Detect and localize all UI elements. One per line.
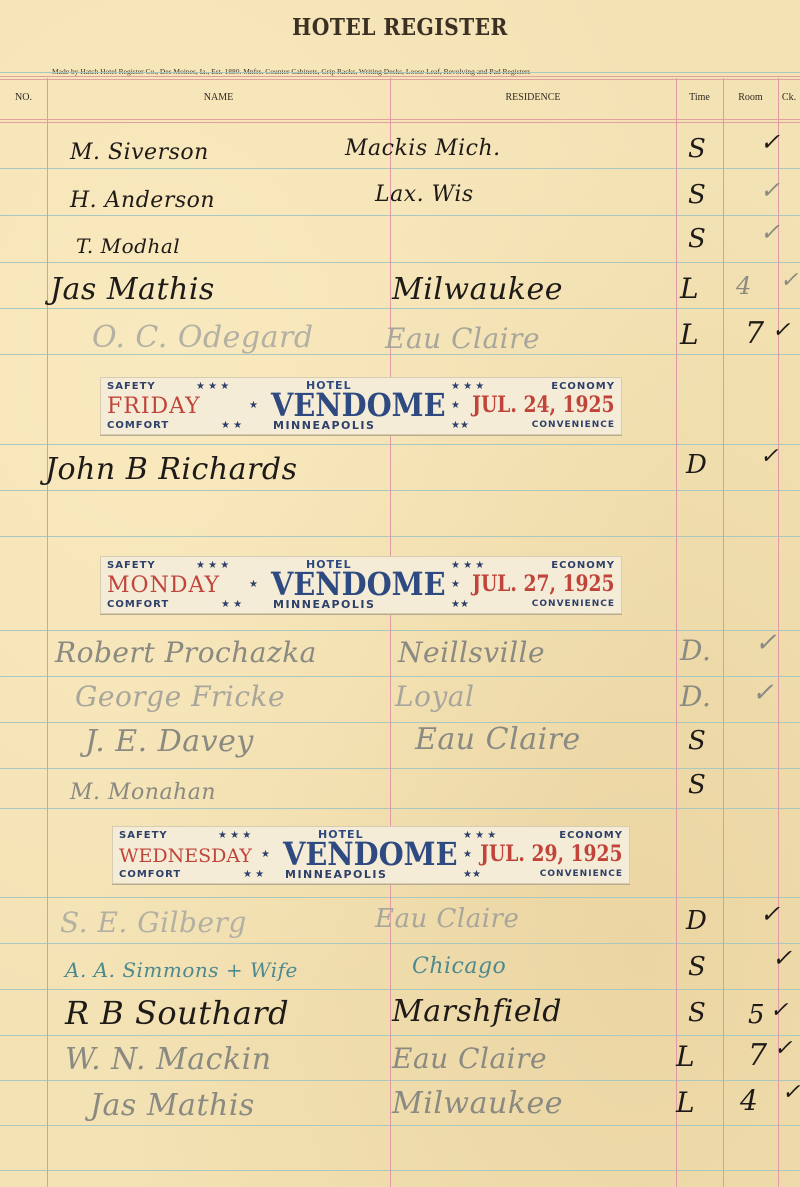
guest-name: J. E. Davey xyxy=(85,724,254,759)
time-code: S xyxy=(688,726,706,756)
rule xyxy=(0,119,800,120)
star-icon: ★ xyxy=(249,579,258,590)
stamp-comfort: COMFORT xyxy=(119,869,181,880)
star-icon: ★★ xyxy=(463,869,481,880)
guest-name: George Fricke xyxy=(75,680,285,713)
rule xyxy=(0,943,800,944)
guest-name: Robert Prochazka xyxy=(55,636,317,669)
guest-name: Jas Mathis xyxy=(50,272,215,307)
check-mark: ✓ xyxy=(760,176,781,204)
check-mark: ✓ xyxy=(755,628,777,658)
check-mark: ✓ xyxy=(760,128,781,156)
guest-residence: Loyal xyxy=(395,680,474,713)
check-mark: ✓ xyxy=(772,944,793,972)
stamp-day: WEDNESDAY xyxy=(119,845,252,867)
date-stamp: SAFETY COMFORT ECONOMY CONVENIENCE ★ ★ ★… xyxy=(100,556,622,614)
star-icon: ★ xyxy=(463,849,472,860)
rule xyxy=(0,72,800,73)
room-number: 7 xyxy=(748,1038,768,1073)
column-header-time: Time xyxy=(676,92,723,103)
time-code: D. xyxy=(680,634,711,667)
page-title: HOTEL REGISTER xyxy=(48,14,752,41)
stamp-date: JUL. 24, 1925 xyxy=(473,392,615,418)
room-number: 4 xyxy=(736,272,752,300)
guest-name: A. A. Simmons + Wife xyxy=(65,958,298,982)
check-mark: ✓ xyxy=(780,268,799,293)
guest-residence: Chicago xyxy=(412,954,506,979)
rule xyxy=(0,897,800,898)
rule xyxy=(0,1170,800,1171)
star-icon: ★ xyxy=(261,849,270,860)
guest-residence: Milwaukee xyxy=(392,1086,563,1121)
stamp-comfort: COMFORT xyxy=(107,420,169,431)
rule xyxy=(0,444,800,445)
guest-residence: Eau Claire xyxy=(415,722,581,757)
time-code: L xyxy=(680,318,699,351)
guest-name: Jas Mathis xyxy=(90,1088,255,1123)
rule xyxy=(0,536,800,537)
stamp-city: MINNEAPOLIS xyxy=(285,868,387,881)
date-stamp: SAFETY COMFORT ECONOMY CONVENIENCE ★ ★ ★… xyxy=(112,826,630,884)
stamp-economy: ECONOMY xyxy=(551,560,615,571)
star-icon: ★ xyxy=(451,579,460,590)
star-icon: ★ ★ ★ xyxy=(218,830,251,841)
time-code: S xyxy=(688,180,706,210)
stamp-safety: SAFETY xyxy=(119,830,168,841)
column-header-room: Room xyxy=(723,92,778,103)
stamp-convenience: CONVENIENCE xyxy=(532,420,615,430)
column-header-ck: Ck. xyxy=(778,92,800,103)
star-icon: ★★ xyxy=(451,599,469,610)
rule xyxy=(0,262,800,263)
stamp-day: MONDAY xyxy=(107,573,220,598)
time-code: D. xyxy=(680,680,711,713)
guest-residence: Milwaukee xyxy=(392,272,563,307)
rule xyxy=(0,215,800,216)
guest-name: H. Anderson xyxy=(70,188,215,213)
stamp-date: JUL. 27, 1925 xyxy=(473,571,615,597)
stamp-safety: SAFETY xyxy=(107,381,156,392)
star-icon: ★ xyxy=(249,400,258,411)
time-code: L xyxy=(676,1040,695,1073)
rule xyxy=(0,1035,800,1036)
time-code: D xyxy=(686,906,707,936)
time-code: S xyxy=(688,998,706,1028)
column-header-no: NO. xyxy=(0,92,47,103)
date-stamp: SAFETY COMFORT ECONOMY CONVENIENCE ★ ★ ★… xyxy=(100,377,622,435)
time-code: D xyxy=(686,450,707,480)
guest-residence: Eau Claire xyxy=(392,1042,547,1075)
rule xyxy=(0,676,800,677)
star-icon: ★ ★ ★ xyxy=(463,830,496,841)
column-rule xyxy=(47,78,48,1187)
check-mark: ✓ xyxy=(770,998,789,1023)
star-icon: ★ xyxy=(451,400,460,411)
rule xyxy=(0,1080,800,1081)
stamp-comfort: COMFORT xyxy=(107,599,169,610)
check-mark: ✓ xyxy=(782,1080,800,1105)
guest-name: John B Richards xyxy=(45,452,297,487)
rule xyxy=(0,79,800,80)
stamp-day: FRIDAY xyxy=(107,394,201,419)
column-header-residence: RESIDENCE xyxy=(390,92,676,103)
guest-name: O. C. Odegard xyxy=(92,320,314,355)
rule xyxy=(0,989,800,990)
time-code: L xyxy=(676,1086,695,1119)
time-code: S xyxy=(688,224,706,254)
star-icon: ★ ★ ★ xyxy=(451,560,484,571)
check-mark: ✓ xyxy=(752,678,774,708)
room-number: 5 xyxy=(748,1000,765,1030)
star-icon: ★ ★ ★ xyxy=(196,381,229,392)
guest-name: T. Modhal xyxy=(76,234,180,258)
time-code: S xyxy=(688,952,706,982)
check-mark: ✓ xyxy=(772,318,791,343)
rule xyxy=(0,808,800,809)
check-mark: ✓ xyxy=(760,218,781,246)
stamp-convenience: CONVENIENCE xyxy=(532,599,615,609)
guest-residence: Lax. Wis xyxy=(375,182,474,207)
star-icon: ★ ★ xyxy=(221,599,242,610)
column-rule xyxy=(390,78,391,1187)
time-code: L xyxy=(680,272,699,305)
stamp-city: MINNEAPOLIS xyxy=(273,419,375,432)
guest-residence: Mackis Mich. xyxy=(345,136,501,161)
room-number: 4 xyxy=(740,1084,758,1117)
stamp-city: MINNEAPOLIS xyxy=(273,598,375,611)
star-icon: ★ ★ ★ xyxy=(196,560,229,571)
star-icon: ★ ★ xyxy=(221,420,242,431)
rule xyxy=(0,122,800,123)
rule xyxy=(0,168,800,169)
check-mark: ✓ xyxy=(760,444,779,469)
star-icon: ★ ★ xyxy=(243,869,264,880)
rule xyxy=(0,722,800,723)
star-icon: ★ ★ ★ xyxy=(451,381,484,392)
column-rule xyxy=(676,78,677,1187)
column-rule xyxy=(723,78,724,1187)
rule xyxy=(0,1125,800,1126)
stamp-safety: SAFETY xyxy=(107,560,156,571)
guest-residence: Eau Claire xyxy=(385,322,540,355)
stamp-date: JUL. 29, 1925 xyxy=(481,841,623,867)
star-icon: ★★ xyxy=(451,420,469,431)
rule xyxy=(0,630,800,631)
guest-name: R B Southard xyxy=(65,994,289,1032)
guest-name: M. Monahan xyxy=(70,780,216,805)
guest-name: M. Siverson xyxy=(70,140,209,165)
check-mark: ✓ xyxy=(760,900,781,928)
time-code: S xyxy=(688,770,706,800)
guest-residence: Neillsville xyxy=(398,636,545,669)
stamp-economy: ECONOMY xyxy=(551,381,615,392)
room-number: 7 xyxy=(745,316,765,351)
guest-residence: Eau Claire xyxy=(375,904,519,934)
guest-residence: Marshfield xyxy=(392,994,562,1029)
rule xyxy=(0,76,800,77)
check-mark: ✓ xyxy=(774,1036,793,1061)
guest-name: W. N. Mackin xyxy=(65,1042,272,1077)
guest-name: S. E. Gilberg xyxy=(60,906,247,939)
rule xyxy=(0,308,800,309)
rule xyxy=(0,490,800,491)
column-header-name: NAME xyxy=(47,92,390,103)
stamp-economy: ECONOMY xyxy=(559,830,623,841)
rule xyxy=(0,768,800,769)
time-code: S xyxy=(688,134,706,164)
stamp-convenience: CONVENIENCE xyxy=(540,869,623,879)
